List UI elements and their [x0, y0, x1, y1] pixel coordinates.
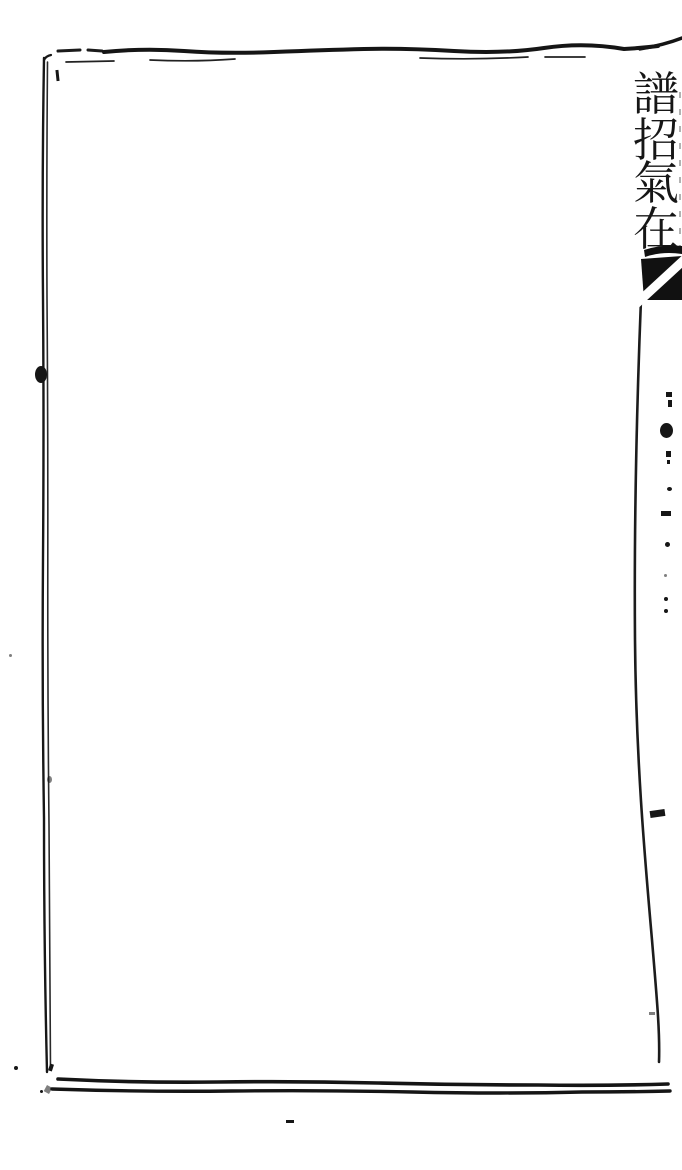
ink-speck — [661, 511, 671, 516]
ink-speck — [664, 609, 668, 613]
ink-speck — [40, 1090, 43, 1093]
ink-speck — [55, 70, 59, 81]
ink-speck — [667, 487, 672, 491]
ink-speck — [666, 451, 671, 457]
ink-speck — [650, 809, 666, 818]
ink-speck — [44, 1085, 53, 1094]
ink-speck — [14, 1066, 18, 1070]
ink-speck — [286, 1120, 294, 1123]
ink-speck — [664, 597, 668, 601]
ink-speck — [649, 1012, 655, 1015]
ink-speck — [9, 654, 12, 657]
ink-speck — [667, 460, 670, 464]
ink-speck — [35, 366, 47, 383]
scanned-page: 譜 招 氣 在 — [0, 0, 682, 1170]
ink-speck — [660, 423, 673, 438]
ink-marks-layer — [0, 0, 682, 1170]
ink-speck — [664, 574, 667, 577]
ink-speck — [668, 400, 672, 407]
ink-speck — [48, 1064, 54, 1072]
ink-speck — [47, 776, 52, 783]
ink-speck — [666, 392, 672, 397]
ink-speck — [665, 542, 670, 547]
